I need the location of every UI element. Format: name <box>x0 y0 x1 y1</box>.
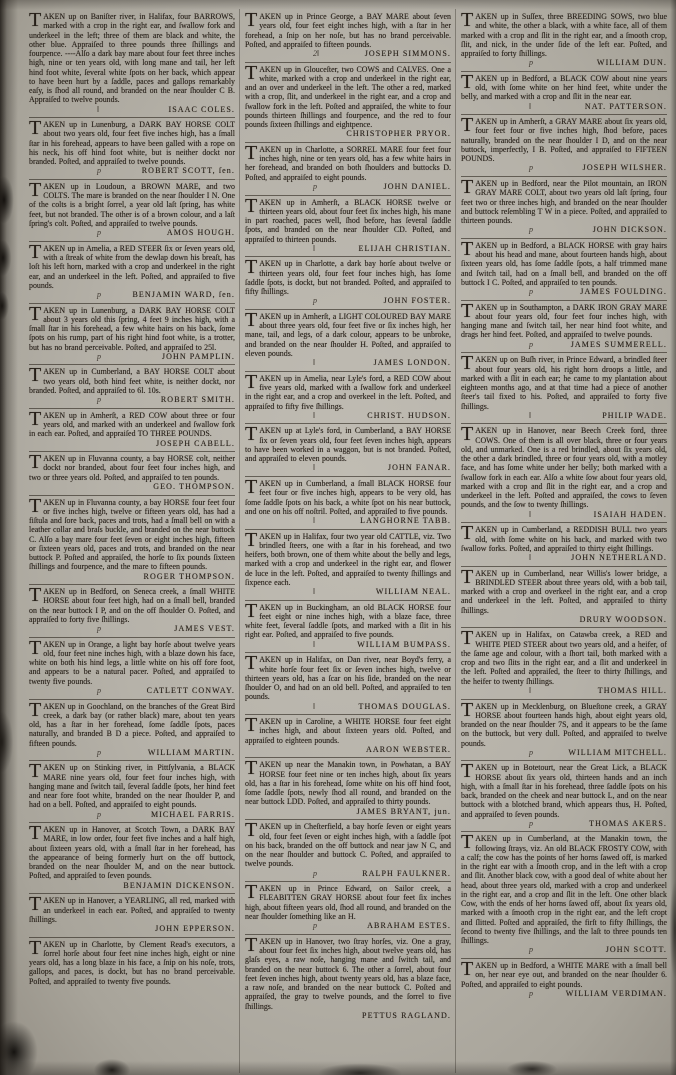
notice: TAKEN up in Mecklenburg, on Blueſtone cr… <box>461 699 667 758</box>
signature-name: JAMES FOULDING. <box>533 287 667 297</box>
drop-cap: T <box>461 569 475 586</box>
signature-name: JOHN PAMPLIN. <box>101 352 235 362</box>
signature-line: pJAMES FOULDING. <box>461 287 667 297</box>
notice: TAKEN up in Prince Edward, on Sailor cre… <box>245 881 451 931</box>
notice: TAKEN up in Cumberland, a REDDISH BULL t… <box>461 522 667 562</box>
signature-name: RALPH FAULKNER. <box>317 869 451 879</box>
notice-body: TAKEN up in Lunenburg, a DARK BAY HORSE … <box>29 120 235 166</box>
drop-cap: T <box>245 12 259 29</box>
signature-line: GEO. THOMPSON. <box>29 482 235 492</box>
notice: TAKEN up on Baniſter river, in Halifax, … <box>29 12 235 114</box>
reference-mark: p <box>529 225 533 235</box>
notice-body: TAKEN up in Amherſt, a RED COW about thr… <box>29 411 235 439</box>
signature-name: GEO. THOMPSON. <box>29 482 235 492</box>
signature-line: PETTUS RAGLAND. <box>245 1011 451 1021</box>
reference-mark: p <box>97 748 101 758</box>
notice: TAKEN up in Amherſt, a RED COW about thr… <box>29 408 235 448</box>
signature-name: ELIJAH CHRISTIAN. <box>315 244 451 254</box>
notice-body: TAKEN up in Halifax, four two year old C… <box>245 532 451 588</box>
notice: TAKEN up in Cumberland, a ſmall BLACK HO… <box>245 476 451 526</box>
signature-name: CATLETT CONWAY. <box>101 686 235 696</box>
notice: TAKEN up in Halifax, on Catawba creek, a… <box>461 627 667 695</box>
signature-line: pJOHN SCOTT. <box>461 945 667 955</box>
notice-body: TAKEN up in Hanover, near Beech Creek fo… <box>461 426 667 509</box>
signature-line: ‖LANGHORNE TABB. <box>245 516 451 526</box>
signature-line: pCATLETT CONWAY. <box>29 686 235 696</box>
notice: TAKEN up near the Manakin town, in Powha… <box>245 757 451 816</box>
signature-name: CHRIST. HUDSON. <box>315 411 451 421</box>
notice: TAKEN up in Amherſt, a LIGHT COLOURED BA… <box>245 309 451 368</box>
notice-body: TAKEN up in Bedford, a WHITE MARE with a… <box>461 961 667 989</box>
drop-cap: T <box>29 940 43 957</box>
notice-body: TAKEN up in Bedford, on Seneca creek, a … <box>29 587 235 624</box>
signature-name: THOMAS DOUGLAS. <box>315 702 451 712</box>
drop-cap: T <box>245 374 259 391</box>
signature-name: BENJAMIN DICKENSON. <box>29 881 235 891</box>
reference-mark: ‖ <box>313 516 315 526</box>
reference-mark: p <box>97 166 101 176</box>
signature-line: BENJAMIN DICKENSON. <box>29 881 235 891</box>
notice-body: TAKEN up in Caroline, a WHITE HORSE four… <box>245 717 451 745</box>
drop-cap: T <box>29 896 43 913</box>
drop-cap: T <box>29 182 43 199</box>
notice: TAKEN up in Southampton, a DARK IRON GRA… <box>461 300 667 350</box>
signature-name: JOHN DICKSON. <box>533 225 667 235</box>
notice-body: TAKEN up in Buckingham, an old BLACK HOR… <box>245 603 451 640</box>
drop-cap: T <box>29 825 43 842</box>
notice-body: TAKEN up in Lunenburg, a DARK BAY HORSE … <box>29 306 235 352</box>
drop-cap: T <box>245 312 259 329</box>
notice-body: TAKEN up in Cumberland, a REDDISH BULL t… <box>461 525 667 553</box>
notice-body: TAKEN up in Cumberland, near Willis's lo… <box>461 569 667 615</box>
notice-body: TAKEN up in Charlotte, by Clement Read's… <box>29 940 235 986</box>
notice-body: TAKEN up in Orange, a light bay horſe ab… <box>29 640 235 686</box>
drop-cap: T <box>461 74 475 91</box>
notice-body: TAKEN up near the Manakin town, in Powha… <box>245 760 451 806</box>
notice: TAKEN up in Amelia, a RED STEER ſix or ſ… <box>29 241 235 300</box>
signature-name: AARON WEBSTER. <box>245 745 451 755</box>
notice: TAKEN up in Cumberland, near Willis's lo… <box>461 566 667 625</box>
notice: TAKEN up in Goochland, on the branches o… <box>29 699 235 758</box>
signature-line: pTHOMAS AKERS. <box>461 819 667 829</box>
notice-body: TAKEN up in Cumberland, a BAY HORSE COLT… <box>29 367 235 395</box>
notice-body: TAKEN up in Amelia, near Lyle's ford, a … <box>245 374 451 411</box>
notice: TAKEN up in Cumberland, at the Manakin t… <box>461 831 667 955</box>
reference-mark: ‖ <box>313 244 315 254</box>
signature-name: MICHAEL FARRIS. <box>101 810 235 820</box>
signature-line: pBENJAMIN WARD, ſen. <box>29 290 235 300</box>
drop-cap: T <box>29 120 43 137</box>
signature-name: WILLIAM MITCHELL. <box>533 748 667 758</box>
drop-cap: T <box>29 587 43 604</box>
column-container: TAKEN up on Baniſter river, in Halifax, … <box>24 9 671 1073</box>
signature-line: JAMES BRYANT, jun. <box>245 807 451 817</box>
drop-cap: T <box>461 355 475 372</box>
drop-cap: T <box>461 303 475 320</box>
column-3: TAKEN up in Suſſex, three BREEDING SOWS,… <box>455 9 671 1073</box>
signature-name: WILLIAM MARTIN. <box>101 748 235 758</box>
notice-body: TAKEN up in Mecklenburg, on Blueſtone cr… <box>461 702 667 748</box>
signature-line: CHRISTOPHER PRYOR. <box>245 129 451 139</box>
reference-mark: ‖ <box>529 510 531 520</box>
signature-name: PETTUS RAGLAND. <box>245 1011 451 1021</box>
notice: TAKEN up in Amherſt, a BLACK HORSE twelv… <box>245 195 451 254</box>
signature-line: pMICHAEL FARRIS. <box>29 810 235 820</box>
notice-body: TAKEN up in Amherſt, a BLACK HORSE twelv… <box>245 198 451 244</box>
drop-cap: T <box>461 961 475 978</box>
reference-mark: ‖ <box>529 102 531 112</box>
signature-name: ABRAHAM ESTES. <box>317 921 451 931</box>
signature-name: THOMAS AKERS. <box>533 819 667 829</box>
drop-cap: T <box>245 760 259 777</box>
signature-line: DRURY WOODSON. <box>461 615 667 625</box>
drop-cap: T <box>461 117 475 134</box>
notice-body: TAKEN up on Baniſter river, in Halifax, … <box>29 12 235 105</box>
notice: TAKEN up in Hanover, two ſtray horſes, v… <box>245 934 451 1021</box>
drop-cap: T <box>245 884 259 901</box>
signature-line: pABRAHAM ESTES. <box>245 921 451 931</box>
newspaper-page: TAKEN up on Baniſter river, in Halifax, … <box>0 0 676 1075</box>
reference-mark: p <box>97 290 101 300</box>
drop-cap: T <box>245 822 259 839</box>
reference-mark: ‖ <box>529 553 531 563</box>
signature-name: LANGHORNE TABB. <box>315 516 451 526</box>
signature-line: ‖JOHN FANAR. <box>245 463 451 473</box>
signature-line: pWILLIAM DUN. <box>461 58 667 68</box>
notice-body: TAKEN up in Cumberland, a ſmall BLACK HO… <box>245 479 451 516</box>
notice-body: TAKEN up in Amherſt, a GRAY MARE about ſ… <box>461 117 667 163</box>
signature-name: WILLIAM DUN. <box>533 58 667 68</box>
notice: TAKEN up in Loudoun, a BROWN MARE, and t… <box>29 179 235 238</box>
column-2: TAKEN up in Prince George, a BAY MARE ab… <box>239 9 455 1073</box>
reference-mark: p <box>313 182 317 192</box>
signature-line: pJAMES SUMMERELL. <box>461 340 667 350</box>
reference-mark: ‖ <box>313 411 315 421</box>
drop-cap: T <box>245 717 259 734</box>
reference-mark: p <box>97 395 101 405</box>
signature-name: JOHN FANAR. <box>315 463 451 473</box>
column-1: TAKEN up on Baniſter river, in Halifax, … <box>24 9 239 1073</box>
notice: TAKEN up in Hanover, at Scotch Town, a D… <box>29 822 235 890</box>
reference-mark: p <box>529 748 533 758</box>
signature-name: JAMES SUMMERELL. <box>533 340 667 350</box>
reference-mark: p <box>313 921 317 931</box>
signature-name: WILLIAM VERDIMAN. <box>533 989 667 999</box>
notice: TAKEN up in Hanover, a YEARLING, all red… <box>29 893 235 933</box>
notice: TAKEN up in Bedford, near the Pilot moun… <box>461 176 667 235</box>
signature-name: ROBERT SCOTT, ſen. <box>101 166 235 176</box>
signature-line: ‖JAMES LONDON. <box>245 358 451 368</box>
reference-mark: p <box>529 58 533 68</box>
notice: TAKEN up in Glouceſter, two COWS and CAL… <box>245 62 451 139</box>
reference-mark: p <box>529 287 533 297</box>
drop-cap: T <box>461 834 475 851</box>
notice: TAKEN up in Buckingham, an old BLACK HOR… <box>245 600 451 650</box>
signature-line: ‖PHILIP WADE. <box>461 411 667 421</box>
reference-mark: ‖ <box>313 702 315 712</box>
signature-name: AMOS HOUGH. <box>101 228 235 238</box>
signature-name: JAMES VEST. <box>101 624 235 634</box>
signature-name: JOHN NETHERLAND. <box>531 553 667 563</box>
reference-mark: ‖ <box>313 640 315 650</box>
signature-name: CHRISTOPHER PRYOR. <box>245 129 451 139</box>
notice-body: TAKEN up in Bedford, a BLACK HORSE with … <box>461 241 667 287</box>
notice-body: TAKEN up in Halifax, on Catawba creek, a… <box>461 630 667 686</box>
notice: TAKEN up in Charlotte, a dark bay horſe … <box>245 256 451 306</box>
notice-body: TAKEN up in Fluvanna county, a bay HORSE… <box>29 498 235 572</box>
signature-name: ISAAC COLES. <box>99 105 235 115</box>
signature-line: pRALPH FAULKNER. <box>245 869 451 879</box>
drop-cap: T <box>29 498 43 515</box>
notice-body: TAKEN up in Cumberland, at the Manakin t… <box>461 834 667 945</box>
drop-cap: T <box>461 12 475 29</box>
drop-cap: T <box>29 640 43 657</box>
drop-cap: T <box>245 145 259 162</box>
notice-body: TAKEN up in Hanover, at Scotch Town, a D… <box>29 825 235 881</box>
signature-line: ‖ISAIAH HADEN. <box>461 510 667 520</box>
notice: TAKEN up in Amelia, near Lyle's ford, a … <box>245 371 451 421</box>
drop-cap: T <box>461 179 475 196</box>
signature-name: JOSEPH SIMMONS. <box>319 49 451 59</box>
notice: TAKEN up in Lunenburg, a DARK BAY HORSE … <box>29 303 235 362</box>
signature-line: pJOHN PAMPLIN. <box>29 352 235 362</box>
reference-mark: ‖ <box>529 686 531 696</box>
notice: TAKEN up in Bedford, a BLACK COW about n… <box>461 71 667 111</box>
reference-mark: p <box>97 686 101 696</box>
signature-name: JAMES LONDON. <box>315 358 451 368</box>
reference-mark: p <box>529 945 533 955</box>
drop-cap: T <box>245 937 259 954</box>
signature-name: DRURY WOODSON. <box>461 615 667 625</box>
notice: TAKEN up in Amherſt, a GRAY MARE about ſ… <box>461 114 667 173</box>
notice: TAKEN up on Buſh river, in Prince Edward… <box>461 352 667 420</box>
notice-body: TAKEN up on Stinking river, in Pittſylva… <box>29 763 235 809</box>
signature-line: pJAMES VEST. <box>29 624 235 634</box>
signature-line: ‖THOMAS DOUGLAS. <box>245 702 451 712</box>
signature-line: pJOHN FOSTER. <box>245 296 451 306</box>
reference-mark: ‖ <box>313 358 315 368</box>
signature-line: ‖ELIJAH CHRISTIAN. <box>245 244 451 254</box>
signature-line: ‖CHRIST. HUDSON. <box>245 411 451 421</box>
notice-body: TAKEN up in Bedford, a BLACK COW about n… <box>461 74 667 102</box>
drop-cap: T <box>245 259 259 276</box>
notice: TAKEN up in Hanover, near Beech Creek fo… <box>461 423 667 519</box>
signature-name: ISAIAH HADEN. <box>531 510 667 520</box>
signature-line: pWILLIAM VERDIMAN. <box>461 989 667 999</box>
reference-mark: p <box>529 819 533 829</box>
drop-cap: T <box>29 367 43 384</box>
signature-name: PHILIP WADE. <box>531 411 667 421</box>
drop-cap: T <box>461 525 475 542</box>
signature-name: WILLIAM BUMPASS. <box>315 640 451 650</box>
notice-body: TAKEN up in Charlotte, a SORREL MARE fou… <box>245 145 451 182</box>
signature-name: JOHN SCOTT. <box>533 945 667 955</box>
drop-cap: T <box>461 763 475 780</box>
reference-mark: p <box>97 352 101 362</box>
notice: TAKEN up in Cumberland, a BAY HORSE COLT… <box>29 364 235 404</box>
signature-name: JOHN FOSTER. <box>317 296 451 306</box>
reference-mark: p <box>97 624 101 634</box>
notice-body: TAKEN up on Buſh river, in Prince Edward… <box>461 355 667 411</box>
notice: TAKEN up in Lunenburg, a DARK BAY HORSE … <box>29 117 235 176</box>
reference-mark: p <box>313 869 317 879</box>
notice: TAKEN up at Lyle's ford, in Cumberland, … <box>245 423 451 473</box>
notice-body: TAKEN up in Charlotte, a dark bay horſe … <box>245 259 451 296</box>
reference-mark: p <box>97 228 101 238</box>
notice-body: TAKEN up in Prince Edward, on Sailor cre… <box>245 884 451 921</box>
notice-body: TAKEN up in Glouceſter, two COWS and CAL… <box>245 65 451 130</box>
signature-line: 2‖JOSEPH SIMMONS. <box>245 49 451 59</box>
drop-cap: T <box>245 532 259 549</box>
drop-cap: T <box>29 244 43 261</box>
reference-mark: ‖ <box>313 587 315 597</box>
signature-name: ROGER THOMPSON. <box>29 572 235 582</box>
notice: TAKEN up in Bedford, a WHITE MARE with a… <box>461 958 667 998</box>
drop-cap: T <box>29 702 43 719</box>
drop-cap: T <box>245 655 259 672</box>
notice-body: TAKEN up in Halifax, on Dan river, near … <box>245 655 451 701</box>
reference-mark: p <box>97 810 101 820</box>
signature-line: ‖JOHN NETHERLAND. <box>461 553 667 563</box>
signature-line: pJOSEPH WILSHER. <box>461 163 667 173</box>
signature-line: JOHN EPPERSON. <box>29 924 235 934</box>
signature-name: JOHN EPPERSON. <box>29 924 235 934</box>
signature-name: JOHN DANIEL. <box>317 182 451 192</box>
signature-name: WILLIAM NEAL. <box>315 587 451 597</box>
signature-line: ‖WILLIAM NEAL. <box>245 587 451 597</box>
signature-line: pROBERT SCOTT, ſen. <box>29 166 235 176</box>
signature-name: BENJAMIN WARD, ſen. <box>101 290 235 300</box>
reference-mark: p <box>529 989 533 999</box>
notice: TAKEN up in Bedford, on Seneca creek, a … <box>29 584 235 634</box>
notice-body: TAKEN up in Hanover, two ſtray horſes, v… <box>245 937 451 1011</box>
signature-name: JOSEPH WILSHER. <box>533 163 667 173</box>
notice-body: TAKEN up in Fluvanna county, a bay HORSE… <box>29 454 235 482</box>
notice: TAKEN up in Charlotte, a SORREL MARE fou… <box>245 142 451 192</box>
drop-cap: T <box>245 426 259 443</box>
notice-body: TAKEN up in Loudoun, a BROWN MARE, and t… <box>29 182 235 228</box>
notice-body: TAKEN up in Hanover, a YEARLING, all red… <box>29 896 235 924</box>
signature-line: ROGER THOMPSON. <box>29 572 235 582</box>
drop-cap: T <box>29 12 43 29</box>
reference-mark: ‖ <box>313 463 315 473</box>
drop-cap: T <box>29 411 43 428</box>
signature-line: pWILLIAM MARTIN. <box>29 748 235 758</box>
signature-name: THOMAS HILL. <box>531 686 667 696</box>
signature-line: pJOHN DANIEL. <box>245 182 451 192</box>
notice: TAKEN up on Stinking river, in Pittſylva… <box>29 760 235 819</box>
notice: TAKEN up in Caroline, a WHITE HORSE four… <box>245 714 451 754</box>
drop-cap: T <box>29 763 43 780</box>
notice: TAKEN up in Charlotte, by Clement Read's… <box>29 937 235 986</box>
signature-name: JAMES BRYANT, jun. <box>245 807 451 817</box>
drop-cap: T <box>461 702 475 719</box>
drop-cap: T <box>29 454 43 471</box>
signature-line: pJOHN DICKSON. <box>461 225 667 235</box>
notice: TAKEN up in Fluvanna county, a bay HORSE… <box>29 495 235 582</box>
signature-line: pROBERT SMITH. <box>29 395 235 405</box>
signature-line: JOSEPH CABELL. <box>29 439 235 449</box>
drop-cap: T <box>29 306 43 323</box>
signature-line: ‖NAT. PATTERSON. <box>461 102 667 112</box>
notice-body: TAKEN up in Suſſex, three BREEDING SOWS,… <box>461 12 667 58</box>
reference-mark: p <box>313 296 317 306</box>
drop-cap: T <box>461 630 475 647</box>
signature-name: ROBERT SMITH. <box>101 395 235 405</box>
drop-cap: T <box>245 479 259 496</box>
signature-name: NAT. PATTERSON. <box>531 102 667 112</box>
notice: TAKEN up in Orange, a light bay horſe ab… <box>29 637 235 696</box>
drop-cap: T <box>461 241 475 258</box>
signature-line: ‖WILLIAM BUMPASS. <box>245 640 451 650</box>
signature-line: pWILLIAM MITCHELL. <box>461 748 667 758</box>
drop-cap: T <box>245 603 259 620</box>
notice-body: TAKEN up in Cheſterfield, a bay horſe ſe… <box>245 822 451 868</box>
drop-cap: T <box>245 198 259 215</box>
reference-mark: p <box>529 340 533 350</box>
notice: TAKEN up in Cheſterfield, a bay horſe ſe… <box>245 819 451 878</box>
reference-mark: ‖ <box>529 411 531 421</box>
notice: TAKEN up in Halifax, four two year old C… <box>245 529 451 597</box>
signature-line: ‖THOMAS HILL. <box>461 686 667 696</box>
notice: TAKEN up in Fluvanna county, a bay HORSE… <box>29 451 235 491</box>
reference-mark: p <box>529 163 533 173</box>
notice: TAKEN up in Suſſex, three BREEDING SOWS,… <box>461 12 667 68</box>
notice: TAKEN up in Botetourt, near the Great Li… <box>461 760 667 828</box>
notice-body: TAKEN up at Lyle's ford, in Cumberland, … <box>245 426 451 463</box>
notice-body: TAKEN up in Southampton, a DARK IRON GRA… <box>461 303 667 340</box>
notice-body: TAKEN up in Goochland, on the branches o… <box>29 702 235 748</box>
notice: TAKEN up in Bedford, a BLACK HORSE with … <box>461 238 667 297</box>
notice-body: TAKEN up in Bedford, near the Pilot moun… <box>461 179 667 225</box>
signature-line: pAMOS HOUGH. <box>29 228 235 238</box>
signature-line: AARON WEBSTER. <box>245 745 451 755</box>
signature-name: JOSEPH CABELL. <box>29 439 235 449</box>
notice: TAKEN up in Halifax, on Dan river, near … <box>245 652 451 711</box>
notice-body: TAKEN up in Botetourt, near the Great Li… <box>461 763 667 819</box>
notice-body: TAKEN up in Prince George, a BAY MARE ab… <box>245 12 451 49</box>
reference-mark: ‖ <box>97 105 99 115</box>
drop-cap: T <box>245 65 259 82</box>
notice-body: TAKEN up in Amherſt, a LIGHT COLOURED BA… <box>245 312 451 358</box>
notice: TAKEN up in Prince George, a BAY MARE ab… <box>245 12 451 59</box>
signature-line: ‖ISAAC COLES. <box>29 105 235 115</box>
reference-mark: 2‖ <box>313 49 319 59</box>
notice-body: TAKEN up in Amelia, a RED STEER ſix or ſ… <box>29 244 235 290</box>
drop-cap: T <box>461 426 475 443</box>
